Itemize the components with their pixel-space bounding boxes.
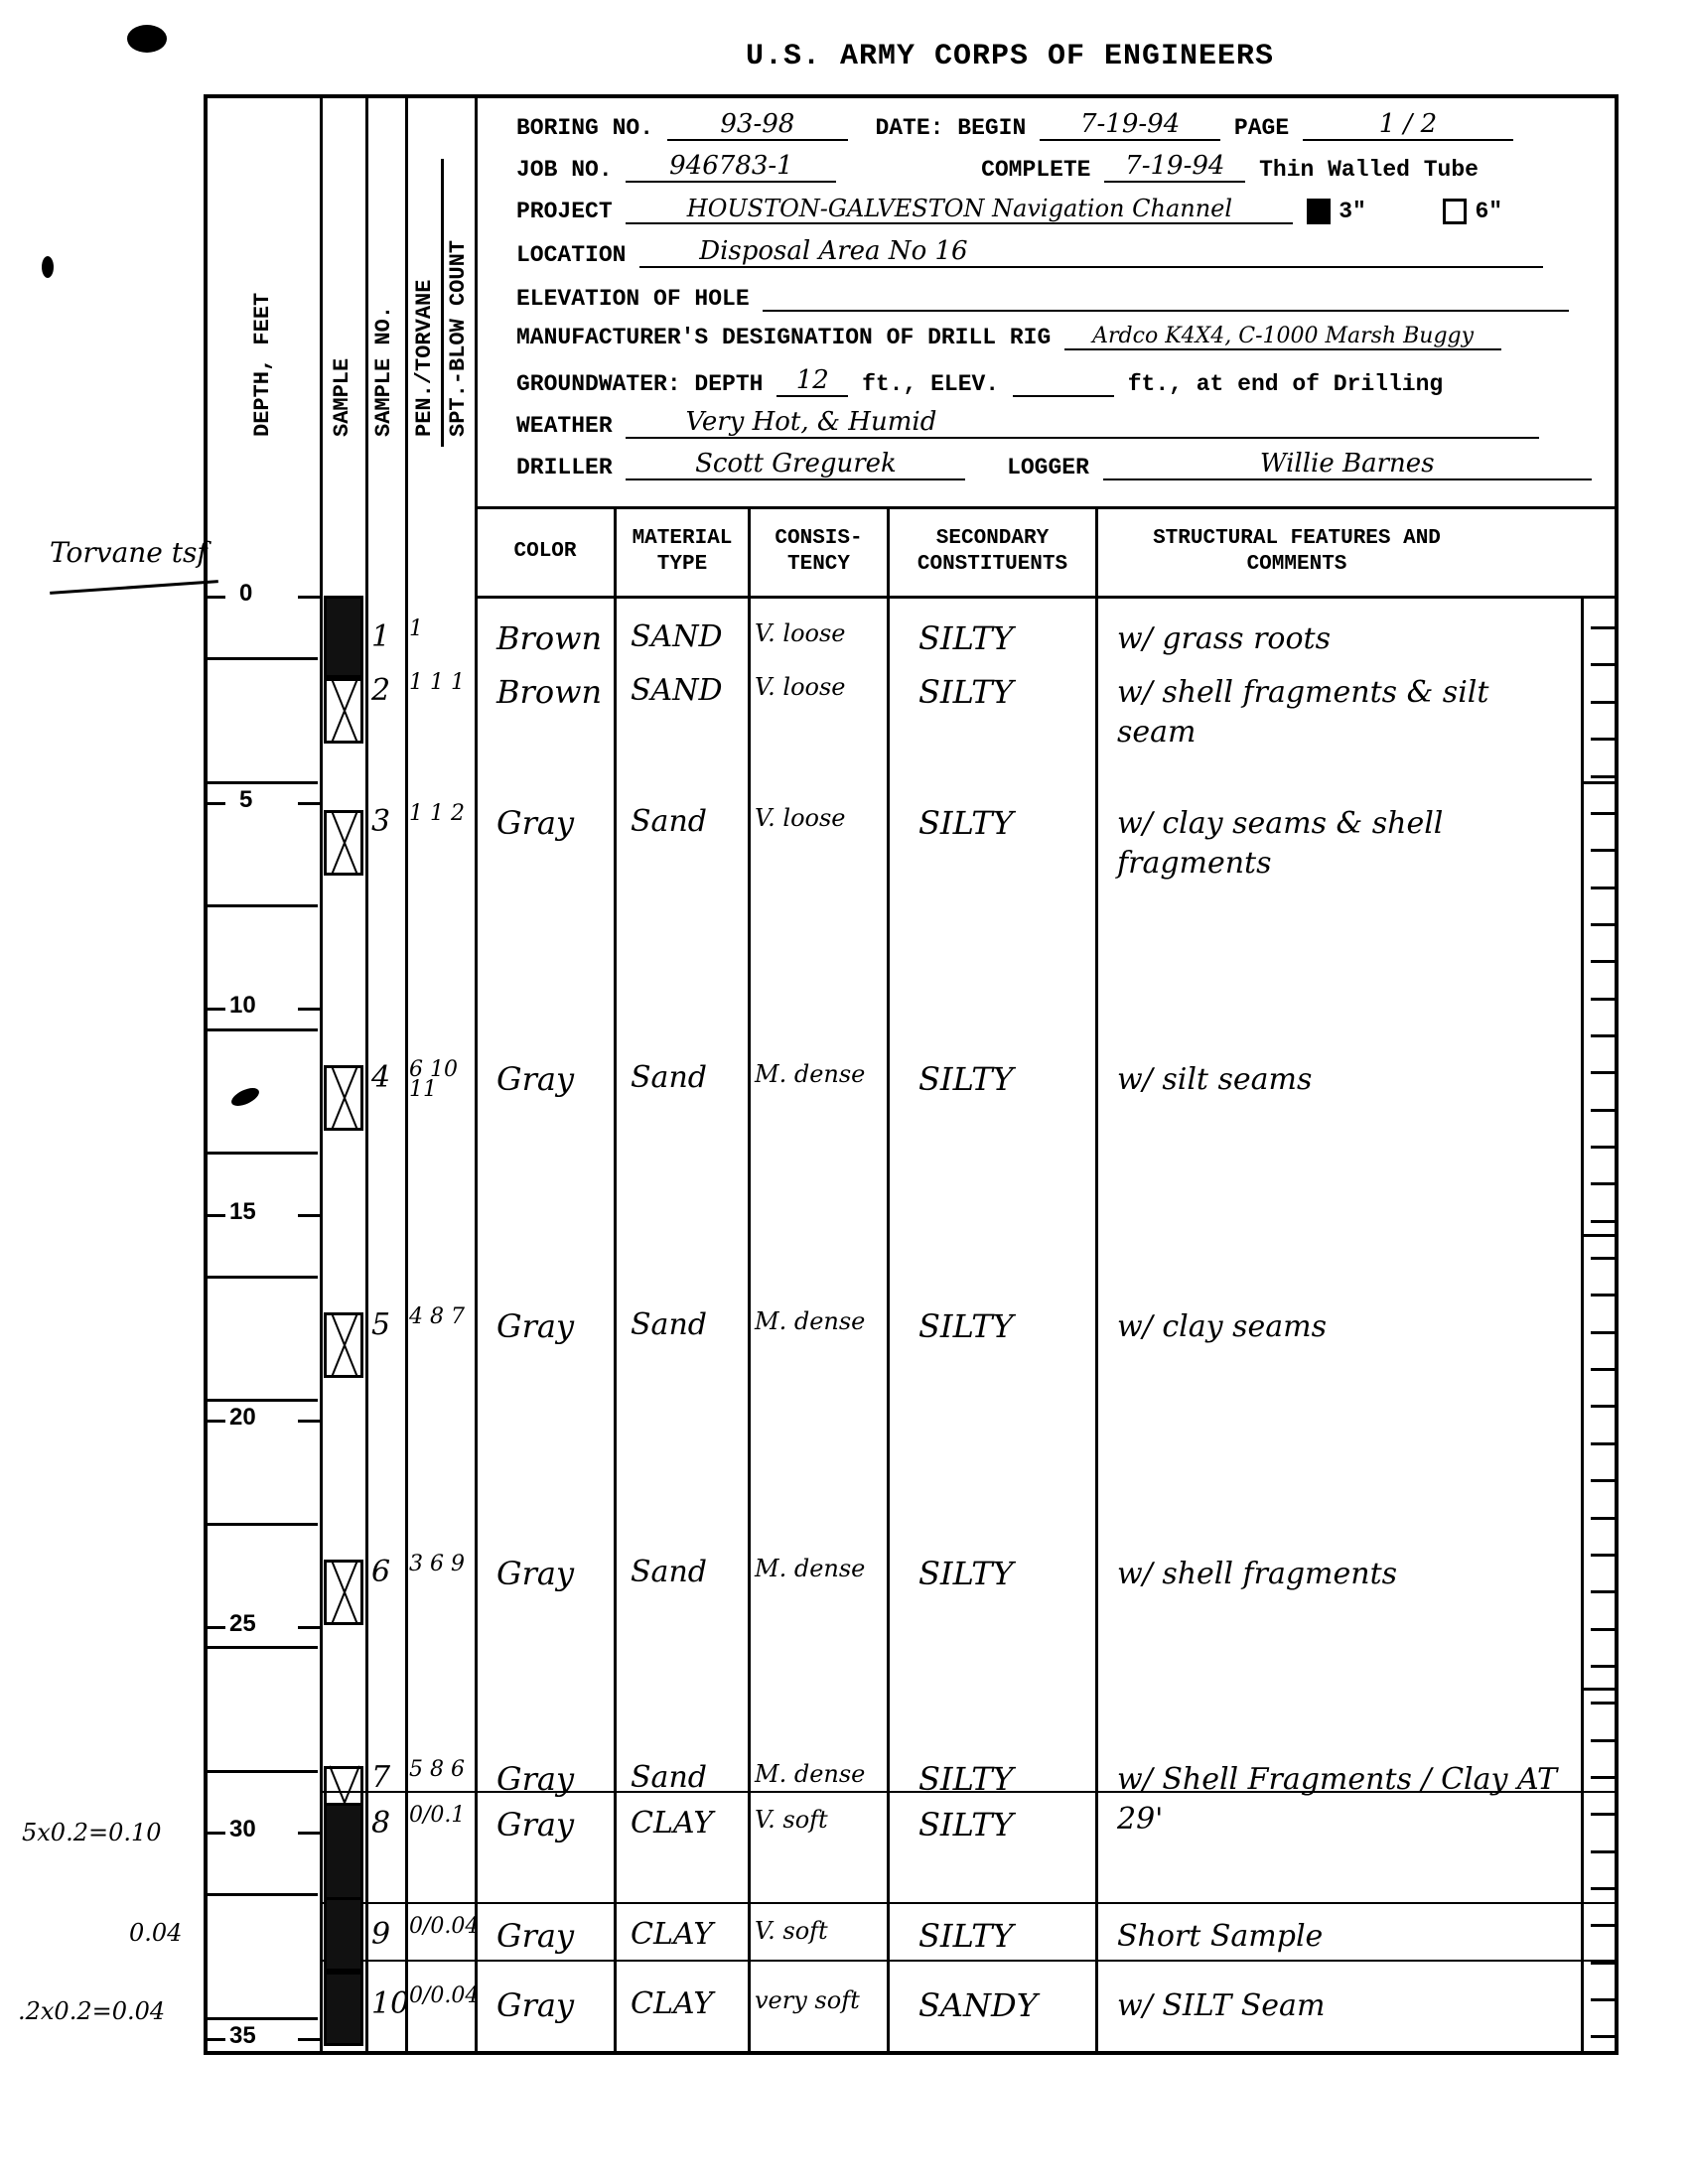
- row-driller-logger: DRILLER Scott Gregurek LOGGER Willie Bar…: [516, 449, 1592, 480]
- boring-no-field[interactable]: 93-98: [667, 109, 848, 141]
- row-drill-rig: MANUFACTURER'S DESIGNATION OF DRILL RIG …: [516, 324, 1501, 350]
- split-spoon-sample-icon: [324, 810, 363, 876]
- row-boring: BORING NO. 93-98 DATE: BEGIN 7-19-94 PAG…: [516, 109, 1513, 141]
- grid-line: [204, 1399, 318, 1402]
- sampler-label: Thin Walled Tube: [1259, 157, 1479, 183]
- consistency-cell: very soft: [755, 1986, 860, 2014]
- sample-number: 9: [371, 1917, 390, 1952]
- material-cell: Sand: [631, 804, 707, 839]
- comments-cell: w/ SILT Seam: [1117, 1986, 1569, 2026]
- divider: [475, 596, 1619, 599]
- depth-tick: [298, 596, 320, 599]
- tick-mark: [1591, 1702, 1616, 1705]
- tick-mark: [1591, 812, 1616, 815]
- tick-mark: [1591, 849, 1616, 852]
- split-spoon-sample-icon: [324, 1312, 363, 1378]
- depth-tick: [298, 1626, 320, 1629]
- tick-mark: [1591, 1034, 1616, 1037]
- depth-label: 35: [226, 2022, 259, 2050]
- secondary-cell: SILTY: [918, 1307, 1014, 1345]
- comments-cell: w/ grass roots: [1117, 619, 1569, 659]
- grid-line: [204, 1152, 318, 1155]
- tick-mark: [1591, 1146, 1616, 1149]
- scan-artifact: [127, 25, 167, 53]
- tick-mark: [1591, 1517, 1616, 1520]
- split-spoon-sample-icon: [324, 1560, 363, 1625]
- grid-line: [204, 657, 318, 660]
- secondary-cell: SANDY: [918, 1986, 1038, 2024]
- row-separator: [320, 1902, 1619, 1904]
- depth-tick: [204, 2038, 225, 2041]
- tick-mark: [1591, 701, 1616, 704]
- sample-number: 8: [371, 1806, 390, 1841]
- secondary-cell: SILTY: [918, 1917, 1014, 1955]
- depth-column-header: DEPTH, FEET: [250, 293, 275, 437]
- color-cell: Gray: [496, 1986, 574, 2024]
- tube-3in-label: 3": [1339, 199, 1366, 224]
- color-cell: Gray: [496, 1760, 574, 1798]
- row-job: JOB NO. 946783-1 COMPLETE 7-19-94 Thin W…: [516, 151, 1479, 183]
- tick-mark: [1591, 1109, 1616, 1112]
- depth-tick: [204, 1214, 225, 1217]
- secondary-cell: SILTY: [918, 1060, 1014, 1098]
- comments-cell: w/ shell fragments & silt seam: [1117, 673, 1569, 752]
- logger-label: LOGGER: [1007, 455, 1089, 480]
- torvane-underline: [50, 580, 218, 595]
- tick-mark: [1591, 998, 1616, 1001]
- tube-6in-checkbox[interactable]: [1443, 199, 1467, 224]
- color-column-header: COLOR: [477, 508, 614, 596]
- depth-label: 30: [226, 1816, 259, 1843]
- tick-mark: [1591, 1442, 1616, 1445]
- depth-label: 5: [236, 786, 255, 814]
- color-cell: Gray: [496, 1555, 574, 1592]
- depth-tick: [298, 1008, 320, 1011]
- tick-mark: [1591, 738, 1616, 741]
- grid-line: [204, 1523, 318, 1526]
- location-field[interactable]: Disposal Area No 16: [639, 236, 1543, 268]
- consistency-cell: V. soft: [755, 1917, 828, 1945]
- secondary-cell: SILTY: [918, 804, 1014, 842]
- driller-field[interactable]: Scott Gregurek: [626, 449, 965, 480]
- sample-number: 10: [371, 1986, 409, 2021]
- blow-count: 0/0.04: [409, 1917, 473, 1937]
- page-label: PAGE: [1234, 115, 1289, 141]
- tick-mark: [1591, 1776, 1616, 1779]
- secondary-cell: SILTY: [918, 1806, 1014, 1843]
- groundwater-depth-field[interactable]: 12: [776, 365, 848, 397]
- tick-mark: [1591, 1813, 1616, 1816]
- color-cell: Gray: [496, 1917, 574, 1955]
- comments-cell: Short Sample: [1117, 1917, 1569, 1957]
- sample-column-header: SAMPLE: [330, 358, 354, 437]
- calc-note-3: .2x0.2=0.04: [18, 1997, 165, 2025]
- blow-count: 6 10 11: [409, 1060, 473, 1100]
- elevation-label: ELEVATION OF HOLE: [516, 286, 750, 312]
- tick-mark: [1591, 923, 1616, 926]
- sample-number: 4: [371, 1060, 390, 1095]
- tick-mark: [1591, 1220, 1616, 1223]
- tick-mark: [1591, 1479, 1616, 1482]
- tick-mark: [1591, 1665, 1616, 1668]
- material-cell: SAND: [631, 619, 723, 654]
- depth-tick: [298, 1420, 320, 1423]
- tick-divider: [1581, 781, 1619, 784]
- depth-tick: [204, 1832, 225, 1835]
- blow-count: 1 1 2: [409, 804, 473, 824]
- consistency-cell: M. dense: [755, 1760, 865, 1788]
- sample-number: 2: [371, 673, 390, 708]
- sample-number: 1: [371, 619, 390, 654]
- blow-count: 0/0.1: [409, 1806, 473, 1826]
- tube-6in-label: 6": [1475, 199, 1502, 224]
- depth-tick: [204, 1008, 225, 1011]
- drill-rig-field[interactable]: Ardco K4X4, C-1000 Marsh Buggy: [1064, 324, 1501, 350]
- material-cell: Sand: [631, 1060, 707, 1095]
- tube-sample-icon: [324, 596, 363, 678]
- drill-rig-label: MANUFACTURER'S DESIGNATION OF DRILL RIG: [516, 325, 1051, 350]
- date-complete-label: COMPLETE: [981, 157, 1090, 183]
- material-cell: CLAY: [631, 1986, 713, 2021]
- comments-cell: w/ clay seams & shell fragments: [1117, 804, 1569, 884]
- depth-tick: [204, 1626, 225, 1629]
- divider: [887, 506, 890, 2053]
- blow-count: 5 8 6: [409, 1760, 473, 1780]
- calc-note-2: 0.04: [129, 1919, 182, 1947]
- comments-cell: w/ shell fragments: [1117, 1555, 1569, 1594]
- fraction-bar: [441, 159, 444, 447]
- tick-mark: [1591, 1294, 1616, 1297]
- tick-mark: [1591, 1924, 1616, 1927]
- consistency-cell: V. loose: [755, 619, 846, 647]
- tick-mark: [1591, 1739, 1616, 1742]
- material-cell: CLAY: [631, 1917, 713, 1952]
- grid-line: [204, 1770, 318, 1773]
- blow-count: 4 8 7: [409, 1307, 473, 1327]
- split-spoon-sample-icon: [324, 678, 363, 744]
- divider: [365, 96, 368, 2053]
- material-cell: Sand: [631, 1555, 707, 1589]
- color-cell: Gray: [496, 1307, 574, 1345]
- tick-mark: [1591, 1071, 1616, 1074]
- sample-number: 6: [371, 1555, 390, 1589]
- secondary-cell: SILTY: [918, 673, 1014, 711]
- grid-line: [204, 1893, 318, 1896]
- page-field[interactable]: 1 / 2: [1303, 109, 1513, 141]
- blow-count: 1 1 1: [409, 673, 473, 693]
- driller-label: DRILLER: [516, 455, 613, 480]
- weather-field[interactable]: Very Hot, & Humid: [626, 407, 1539, 439]
- divider: [614, 506, 617, 2053]
- tick-mark: [1591, 1628, 1616, 1631]
- date-begin-label: DATE: BEGIN: [875, 115, 1026, 141]
- color-cell: Brown: [496, 619, 602, 657]
- job-no-label: JOB NO.: [516, 157, 613, 183]
- sample-no-column-header: SAMPLE NO.: [371, 306, 396, 437]
- spt-blow-count-header: SPT.-BLOW COUNT: [446, 240, 471, 437]
- comments-cell: w/ silt seams: [1117, 1060, 1569, 1100]
- color-cell: Gray: [496, 1806, 574, 1843]
- tick-mark: [1591, 1368, 1616, 1371]
- divider: [1095, 506, 1098, 2053]
- scan-artifact: [42, 256, 54, 278]
- consistency-cell: V. loose: [755, 804, 846, 832]
- tube-sample-icon: [324, 1897, 363, 1972]
- depth-tick: [298, 1214, 320, 1217]
- tick-mark: [1591, 1850, 1616, 1853]
- weather-label: WEATHER: [516, 413, 613, 439]
- depth-tick: [204, 596, 225, 599]
- grid-line: [204, 1276, 318, 1279]
- row-elevation: ELEVATION OF HOLE: [516, 280, 1569, 312]
- consistency-cell: M. dense: [755, 1060, 865, 1088]
- elevation-field[interactable]: [763, 280, 1569, 312]
- material-cell: Sand: [631, 1760, 707, 1795]
- divider: [475, 96, 478, 2053]
- tick-mark: [1591, 1887, 1616, 1890]
- tick-mark: [1591, 1998, 1616, 2001]
- secondary-column-header: SECONDARY CONSTITUENTS: [890, 508, 1095, 596]
- depth-tick: [298, 802, 320, 805]
- tick-mark: [1591, 626, 1616, 629]
- tick-divider: [1581, 1234, 1619, 1237]
- row-location: LOCATION Disposal Area No 16: [516, 236, 1543, 268]
- secondary-cell: SILTY: [918, 1555, 1014, 1592]
- project-field[interactable]: HOUSTON-GALVESTON Navigation Channel: [626, 195, 1293, 224]
- groundwater-unit-label: ft., ELEV.: [862, 371, 999, 397]
- material-cell: SAND: [631, 673, 723, 708]
- calc-note-1: 5x0.2=0.10: [22, 1819, 162, 1846]
- comments-cell: w/ Shell Fragments / Clay AT 29': [1117, 1760, 1569, 1840]
- consistency-cell: M. dense: [755, 1555, 865, 1582]
- blow-count: 3 6 9: [409, 1555, 473, 1574]
- row-groundwater: GROUNDWATER: DEPTH 12 ft., ELEV. ft., at…: [516, 365, 1443, 397]
- tick-mark: [1591, 775, 1616, 778]
- tick-mark: [1591, 1962, 1616, 1965]
- tick-mark: [1591, 2035, 1616, 2038]
- torvane-note: Torvane tsf: [50, 536, 208, 569]
- row-separator: [320, 1960, 1619, 1962]
- depth-tick: [204, 802, 225, 805]
- job-no-field[interactable]: 946783-1: [626, 151, 836, 183]
- material-cell: CLAY: [631, 1806, 713, 1841]
- tube-3in-checkbox[interactable]: [1307, 199, 1331, 224]
- tick-divider: [1581, 1688, 1619, 1691]
- depth-label: 0: [236, 580, 255, 608]
- comments-cell: w/ clay seams: [1117, 1307, 1569, 1347]
- consistency-cell: V. loose: [755, 673, 846, 701]
- secondary-cell: SILTY: [918, 1760, 1014, 1798]
- project-label: PROJECT: [516, 199, 613, 224]
- groundwater-end-label: ft., at end of Drilling: [1128, 371, 1443, 397]
- grid-line: [204, 904, 318, 907]
- agency-title: U.S. ARMY CORPS OF ENGINEERS: [0, 40, 1692, 73]
- grid-line: [204, 1028, 318, 1031]
- sample-number: 5: [371, 1307, 390, 1342]
- tick-mark: [1591, 663, 1616, 666]
- tube-sample-icon: [324, 1972, 363, 2046]
- tick-mark: [1591, 960, 1616, 963]
- consistency-cell: V. soft: [755, 1806, 828, 1834]
- row-project: PROJECT HOUSTON-GALVESTON Navigation Cha…: [516, 195, 1502, 224]
- sample-number: 3: [371, 804, 390, 839]
- split-spoon-sample-icon: [324, 1065, 363, 1131]
- material-column-header: MATERIAL TYPE: [617, 508, 748, 596]
- secondary-cell: SILTY: [918, 619, 1014, 657]
- tick-mark: [1591, 1257, 1616, 1260]
- divider: [748, 506, 751, 2053]
- color-cell: Gray: [496, 1060, 574, 1098]
- row-weather: WEATHER Very Hot, & Humid: [516, 407, 1539, 439]
- divider: [1581, 596, 1584, 2053]
- divider: [405, 96, 408, 2053]
- tube-sample-icon: [324, 1803, 363, 1902]
- date-complete-field[interactable]: 7-19-94: [1104, 151, 1245, 183]
- depth-label: 25: [226, 1610, 259, 1638]
- blow-count: 1: [409, 619, 473, 639]
- depth-tick: [298, 1832, 320, 1835]
- tick-mark: [1591, 1590, 1616, 1593]
- depth-label: 10: [226, 992, 259, 1020]
- date-begin-field[interactable]: 7-19-94: [1040, 109, 1220, 141]
- consistency-cell: M. dense: [755, 1307, 865, 1335]
- consistency-column-header: CONSIS-TENCY: [751, 508, 887, 596]
- color-cell: Gray: [496, 804, 574, 842]
- logger-field[interactable]: Willie Barnes: [1103, 449, 1592, 480]
- tick-mark: [1591, 1405, 1616, 1408]
- depth-label: 15: [226, 1198, 259, 1226]
- grid-line: [204, 1646, 318, 1649]
- boring-no-label: BORING NO.: [516, 115, 653, 141]
- depth-label: 20: [226, 1404, 259, 1432]
- depth-tick: [204, 1420, 225, 1423]
- tick-mark: [1591, 1554, 1616, 1557]
- tick-mark: [1591, 1182, 1616, 1185]
- location-label: LOCATION: [516, 242, 626, 268]
- tick-mark: [1591, 887, 1616, 889]
- depth-tick: [298, 2038, 320, 2041]
- blow-count: 0/0.04: [409, 1986, 473, 2006]
- color-cell: Brown: [496, 673, 602, 711]
- material-cell: Sand: [631, 1307, 707, 1342]
- groundwater-elev-field[interactable]: [1013, 367, 1114, 397]
- groundwater-label: GROUNDWATER: DEPTH: [516, 371, 763, 397]
- grid-line: [204, 2017, 318, 2020]
- tick-mark: [1591, 1331, 1616, 1334]
- grid-line: [204, 781, 318, 784]
- comments-column-header: STRUCTURAL FEATURES AND COMMENTS: [1098, 508, 1485, 596]
- divider: [320, 96, 323, 2053]
- sample-number: 7: [371, 1760, 390, 1795]
- pen-torvane-header: PEN./TORVANE: [412, 280, 437, 437]
